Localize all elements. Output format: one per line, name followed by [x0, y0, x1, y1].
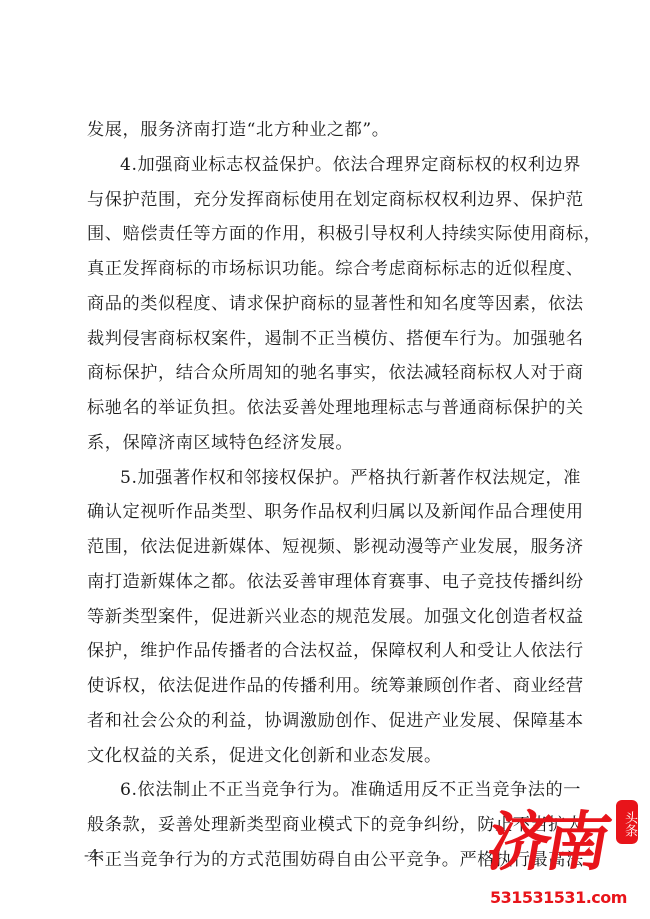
body-line-6: 商品的类似程度、请求保护商标的显著性和知名度等因素，依法: [87, 293, 565, 315]
body-line-15: 等新类型案件，促进新兴业态的规范发展。加强文化创造者权益: [87, 606, 565, 628]
watermark-logo: 济南 头条 531531531.com: [488, 800, 650, 919]
body-line-8: 商标保护，结合众所周知的驰名事实，依法减轻商标权人对于商: [87, 362, 565, 384]
watermark-jinan-text: 济南: [481, 806, 610, 880]
section-6-heading-line: 6.依法制止不正当竞争行为。准确适用反不正当竞争法的一: [120, 779, 565, 801]
section-5-heading-line: 5.加强著作权和邻接权保护。严格执行新著作权法规定，准: [120, 467, 565, 489]
body-line-9: 标驰名的举证负担。依法妥善处理地理标志与普通商标保护的关: [87, 397, 565, 419]
body-line-17: 使诉权，依法促进作品的传播利用。统筹兼顾创作者、商业经营: [87, 675, 565, 697]
section-4-heading-line: 4.加强商业标志权益保护。依法合理界定商标权的权利边界: [120, 154, 565, 176]
body-line-10: 系，保障济南区域特色经济发展。: [87, 432, 565, 454]
body-line-13: 范围，依法促进新媒体、短视频、影视动漫等产业发展，服务济: [87, 536, 565, 558]
body-line-12: 确认定视听作品类型、职务作品权利归属以及新闻作品合理使用: [87, 501, 565, 523]
body-line-16: 保护，维护作品传播者的合法权益，保障权利人和受让人依法行: [87, 640, 565, 662]
body-line-14: 南打造新媒体之都。依法妥善审理体育赛事、电子竞技传播纠纷: [87, 571, 565, 593]
body-line-5: 真正发挥商标的市场标识功能。综合考虑商标标志的近似程度、: [87, 258, 565, 280]
body-line-1: 发展，服务济南打造“北方种业之都”。: [87, 119, 565, 141]
body-line-7: 裁判侵害商标权案件，遏制不正当模仿、搭便车行为。加强驰名: [87, 328, 565, 350]
body-line-19: 文化权益的关系，促进文化创新和业态发展。: [87, 745, 565, 767]
document-page: 发展，服务济南打造“北方种业之都”。 4.加强商业标志权益保护。依法合理界定商标…: [0, 0, 650, 919]
watermark-url: 531531531.com: [490, 888, 627, 907]
page-number: -4-: [84, 846, 104, 864]
body-line-3: 与保护范围，充分发挥商标使用在划定商标权权利边界、保护范: [87, 189, 565, 211]
body-line-18: 者和社会公众的利益，协调激励创作、促进产业发展、保障基本: [87, 710, 565, 732]
watermark-toutiao-badge: 头条: [616, 800, 638, 844]
body-line-4: 围、赔偿责任等方面的作用，积极引导权利人持续实际使用商标，: [87, 223, 565, 245]
